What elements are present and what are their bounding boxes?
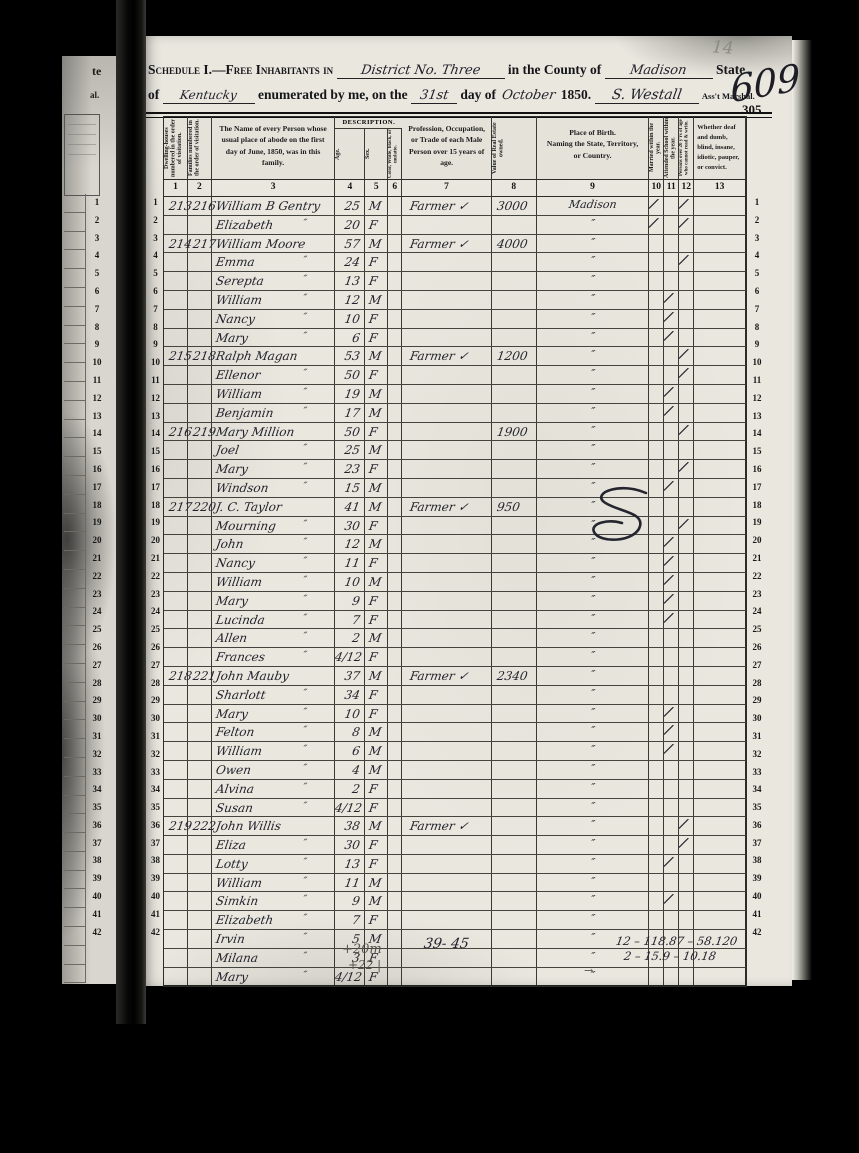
age-value: 38 xyxy=(334,818,361,834)
sex-value: M xyxy=(368,386,383,402)
dwelling-number-cell xyxy=(164,329,188,347)
age-value: 4/12 xyxy=(334,800,361,816)
name-cell: Windson″ xyxy=(212,479,336,497)
table-row: Owen″4M″ xyxy=(164,761,746,780)
row-number-right: 16 xyxy=(748,461,766,479)
color-cell xyxy=(388,592,402,610)
color-cell xyxy=(388,761,402,779)
sex-cell: M xyxy=(365,498,388,516)
cannot-read-tick: / xyxy=(678,517,688,532)
condition-cell xyxy=(694,479,746,497)
birthplace-cell: ″ xyxy=(537,667,650,685)
cannot-read-cell xyxy=(679,235,694,253)
cannot-read-cell xyxy=(679,892,694,910)
person-name: Emma xyxy=(215,254,256,270)
prev-page-header-box xyxy=(64,114,100,196)
prev-row-number: 8 xyxy=(88,319,106,337)
row-number-left: 34 xyxy=(148,781,163,799)
prev-row-cell xyxy=(64,401,86,420)
prev-row-number: 14 xyxy=(88,425,106,443)
cannot-read-cell xyxy=(679,291,694,309)
sex-value: F xyxy=(368,687,379,703)
dwelling-number-cell xyxy=(164,836,188,854)
occupation-value: Farmer ✓ xyxy=(409,236,470,252)
ditto-mark: ″ xyxy=(302,932,307,943)
condition-cell xyxy=(694,554,746,572)
ditto-mark: ″ xyxy=(302,293,307,304)
row-number-right: 28 xyxy=(748,675,766,693)
real-estate-cell xyxy=(492,554,537,572)
name-cell: Elizabeth″ xyxy=(212,216,336,234)
real-estate-cell xyxy=(492,855,537,873)
row-number-left: 31 xyxy=(148,728,163,746)
school-cell xyxy=(664,629,679,647)
cannot-read-cell xyxy=(679,968,694,986)
condition-cell xyxy=(694,460,746,478)
ditto-mark: ″ xyxy=(302,801,307,812)
prev-row-cell xyxy=(64,495,86,514)
occupation-cell xyxy=(402,742,492,760)
real-estate-cell xyxy=(492,648,537,666)
age-cell: 25 xyxy=(335,441,365,459)
school-cell xyxy=(664,667,679,685)
color-cell xyxy=(388,723,402,741)
school-cell xyxy=(664,799,679,817)
color-cell xyxy=(388,949,402,967)
description-label: DESCRIPTION. xyxy=(335,117,402,129)
ditto-mark: ″ xyxy=(302,387,307,398)
name-cell: William″ xyxy=(212,291,336,309)
real-estate-cell xyxy=(492,479,537,497)
age-value: 12 xyxy=(334,536,361,552)
name-cell: William″ xyxy=(212,385,336,403)
condition-cell xyxy=(694,592,746,610)
age-cell: 23 xyxy=(335,460,365,478)
school-cell xyxy=(664,235,679,253)
column-number: 10 xyxy=(649,180,664,196)
occupation-cell xyxy=(402,329,492,347)
age-cell: 19 xyxy=(335,385,365,403)
row-number-left: 11 xyxy=(148,372,163,390)
birthplace-header-line3: or Country. xyxy=(540,150,646,161)
real-estate-cell xyxy=(492,874,537,892)
condition-cell xyxy=(694,761,746,779)
row-number-left: 7 xyxy=(148,301,163,319)
occupation-value: Farmer ✓ xyxy=(409,198,470,214)
color-cell xyxy=(388,441,402,459)
color-cell xyxy=(388,460,402,478)
age-value: 7 xyxy=(334,912,361,928)
married-tick: / xyxy=(648,216,658,231)
age-value: 17 xyxy=(334,405,361,421)
person-name: Eliza xyxy=(215,837,247,853)
prev-row-cell xyxy=(64,946,86,965)
prev-row-number: 5 xyxy=(88,265,106,283)
birthplace-value: ″ xyxy=(536,875,650,888)
birthplace-value: ″ xyxy=(536,856,650,869)
person-name: Mary xyxy=(215,969,250,985)
school-tick: / xyxy=(663,611,673,626)
name-cell: Felton″ xyxy=(212,723,336,741)
real-estate-cell: 1900 xyxy=(492,423,537,441)
occupation-cell xyxy=(402,592,492,610)
school-cell: / xyxy=(664,892,679,910)
row-number-right: 27 xyxy=(748,657,766,675)
ditto-mark: ″ xyxy=(302,368,307,379)
table-row: Mary″4/12F″ xyxy=(164,968,746,987)
family-number-cell xyxy=(188,479,212,497)
school-tick: / xyxy=(663,535,673,550)
sex-cell: F xyxy=(365,705,388,723)
birthplace-cell: ″ xyxy=(537,235,650,253)
prev-row-number: 26 xyxy=(88,639,106,657)
color-cell xyxy=(388,855,402,873)
prev-row-cell xyxy=(64,344,86,363)
name-cell: William″ xyxy=(212,874,336,892)
occupation-cell xyxy=(402,272,492,290)
family-number-cell: 219 xyxy=(188,423,212,441)
row-number-right: 26 xyxy=(748,639,766,657)
prev-row-number: 31 xyxy=(88,728,106,746)
married-cell xyxy=(649,611,664,629)
birthplace-cell: ″ xyxy=(537,216,650,234)
prev-row-cell xyxy=(64,965,86,984)
person-name: Benjamin xyxy=(215,405,275,421)
real-estate-value: 1200 xyxy=(496,348,529,364)
age-value: 34 xyxy=(334,687,361,703)
family-number-cell: 218 xyxy=(188,347,212,365)
condition-cell xyxy=(694,817,746,835)
table-row: William″6M″/ xyxy=(164,742,746,761)
dwelling-number-cell xyxy=(164,949,188,967)
row-number-right: 29 xyxy=(748,692,766,710)
row-number-left: 35 xyxy=(148,799,163,817)
ditto-mark: ″ xyxy=(302,970,307,981)
real-estate-cell xyxy=(492,799,537,817)
sex-value: F xyxy=(368,837,379,853)
color-cell xyxy=(388,780,402,798)
age-cell: 17 xyxy=(335,404,365,422)
married-cell xyxy=(649,366,664,384)
sex-cell: F xyxy=(365,423,388,441)
married-cell xyxy=(649,742,664,760)
occupation-cell xyxy=(402,216,492,234)
age-value: 13 xyxy=(334,273,361,289)
col-header-color: Color, White, black, or mulatto. xyxy=(388,129,402,179)
prev-row-number: 17 xyxy=(88,479,106,497)
ditto-mark: ″ xyxy=(302,744,307,755)
birthplace-cell: ″ xyxy=(537,799,650,817)
age-cell: 34 xyxy=(335,686,365,704)
condition-cell xyxy=(694,667,746,685)
prev-row-cell xyxy=(64,626,86,645)
real-estate-cell: 1200 xyxy=(492,347,537,365)
name-cell: John Willis xyxy=(212,817,336,835)
school-tick: / xyxy=(663,592,673,607)
married-cell xyxy=(649,723,664,741)
column-number: 11 xyxy=(664,180,679,196)
cannot-read-cell xyxy=(679,761,694,779)
table-row: Frances″4/12F″ xyxy=(164,648,746,667)
ditto-mark: ″ xyxy=(302,650,307,661)
ditto-mark: ″ xyxy=(302,613,307,624)
cannot-read-cell xyxy=(679,479,694,497)
sex-cell: F xyxy=(365,329,388,347)
col-header-condition: Whether deaf and dumb, blind, insane, id… xyxy=(694,117,746,179)
real-estate-cell xyxy=(492,573,537,591)
age-cell: 24 xyxy=(335,253,365,271)
family-number-cell xyxy=(188,366,212,384)
birthplace-value: ″ xyxy=(536,236,650,249)
age-value: 6 xyxy=(334,743,361,759)
col-header-family: Families numbered in the order of visita… xyxy=(188,117,212,179)
age-cell: 8 xyxy=(335,723,365,741)
color-cell xyxy=(388,329,402,347)
name-cell: Simkin″ xyxy=(212,892,336,910)
schedule-title: Schedule I.—Free Inhabitants in xyxy=(148,62,333,77)
col-header-school: Attended School within the year. xyxy=(664,117,679,179)
occupation-cell xyxy=(402,385,492,403)
real-estate-cell xyxy=(492,742,537,760)
row-number-right: 17 xyxy=(748,479,766,497)
prev-row-cell xyxy=(64,608,86,627)
color-cell xyxy=(388,366,402,384)
prev-row-cell xyxy=(64,889,86,908)
school-cell xyxy=(664,761,679,779)
name-cell: Mary″ xyxy=(212,329,336,347)
sex-cell: M xyxy=(365,817,388,835)
married-cell xyxy=(649,291,664,309)
birthplace-cell: ″ xyxy=(537,329,650,347)
condition-cell xyxy=(694,874,746,892)
occupation-cell: Farmer ✓ xyxy=(402,235,492,253)
name-cell: Mary″ xyxy=(212,968,336,986)
dwelling-number-cell xyxy=(164,761,188,779)
ditto-mark: ″ xyxy=(302,312,307,323)
age-value: 19 xyxy=(334,386,361,402)
person-name: Milana xyxy=(215,950,260,966)
sex-value: M xyxy=(368,236,383,252)
row-number-left: 18 xyxy=(148,497,163,515)
row-number-left: 27 xyxy=(148,657,163,675)
married-cell xyxy=(649,817,664,835)
table-row: Mary″6F″/ xyxy=(164,329,746,348)
table-row: Nancy″11F″/ xyxy=(164,554,746,573)
real-estate-cell xyxy=(492,517,537,535)
occupation-cell xyxy=(402,705,492,723)
condition-cell xyxy=(694,705,746,723)
condition-cell xyxy=(694,517,746,535)
cannot-read-cell xyxy=(679,611,694,629)
prev-row-number: 3 xyxy=(88,230,106,248)
age-value: 37 xyxy=(334,668,361,684)
birthplace-cell: ″ xyxy=(537,592,650,610)
color-cell xyxy=(388,517,402,535)
condition-cell xyxy=(694,404,746,422)
prev-row-cell xyxy=(64,570,86,589)
school-cell xyxy=(664,423,679,441)
school-cell xyxy=(664,441,679,459)
cannot-read-cell: / xyxy=(679,253,694,271)
age-value: 2 xyxy=(334,781,361,797)
person-name: William xyxy=(215,292,264,308)
age-value: 9 xyxy=(334,593,361,609)
prev-row-cell xyxy=(64,457,86,476)
birthplace-cell: ″ xyxy=(537,423,650,441)
age-value: 24 xyxy=(334,254,361,270)
prev-row-cell xyxy=(64,194,86,213)
married-cell xyxy=(649,272,664,290)
birthplace-cell: ″ xyxy=(537,460,650,478)
condition-cell xyxy=(694,629,746,647)
row-number-right: 18 xyxy=(748,497,766,515)
prev-row-cell xyxy=(64,551,86,570)
dwelling-number-cell: 214 xyxy=(164,235,188,253)
row-number-left: 22 xyxy=(148,568,163,586)
family-number-cell xyxy=(188,460,212,478)
cannot-read-cell xyxy=(679,686,694,704)
col-header-married: Married within the year. xyxy=(649,117,664,179)
condition-cell xyxy=(694,216,746,234)
dwelling-number-cell xyxy=(164,799,188,817)
row-number-left: 28 xyxy=(148,675,163,693)
age-value: 20 xyxy=(334,217,361,233)
condition-cell xyxy=(694,573,746,591)
age-value: 23 xyxy=(334,461,361,477)
color-cell xyxy=(388,836,402,854)
sex-value: M xyxy=(368,818,383,834)
person-name: William xyxy=(215,574,264,590)
row-number-right: 41 xyxy=(748,906,766,924)
school-tick: / xyxy=(663,573,673,588)
color-cell xyxy=(388,347,402,365)
occupation-cell xyxy=(402,366,492,384)
school-cell xyxy=(664,216,679,234)
occupation-cell xyxy=(402,253,492,271)
prev-row-number: 36 xyxy=(88,817,106,835)
cannot-read-cell: / xyxy=(679,460,694,478)
ditto-mark: ″ xyxy=(302,406,307,417)
ditto-mark: ″ xyxy=(302,274,307,285)
occupation-cell xyxy=(402,911,492,929)
prev-row-number: 20 xyxy=(88,532,106,550)
family-number-cell xyxy=(188,780,212,798)
cannot-read-cell: / xyxy=(679,836,694,854)
dwelling-number-cell xyxy=(164,272,188,290)
dwelling-number-cell xyxy=(164,874,188,892)
cannot-read-cell xyxy=(679,310,694,328)
family-number-cell xyxy=(188,705,212,723)
name-cell: Serepta″ xyxy=(212,272,336,290)
dwelling-number-cell xyxy=(164,742,188,760)
real-estate-cell xyxy=(492,723,537,741)
sex-value: F xyxy=(368,254,379,270)
row-number-right: 4 xyxy=(748,247,766,265)
sex-value: M xyxy=(368,762,383,778)
county-value: Madison xyxy=(629,63,688,78)
dwelling-number-cell xyxy=(164,404,188,422)
person-name: J. C. Taylor xyxy=(215,499,283,515)
cannot-read-cell xyxy=(679,592,694,610)
color-cell xyxy=(388,648,402,666)
sex-value: F xyxy=(368,555,379,571)
person-name: Joel xyxy=(215,442,241,458)
sex-cell: M xyxy=(365,197,388,215)
school-cell xyxy=(664,817,679,835)
cannot-read-tick: / xyxy=(678,347,688,362)
sex-cell: F xyxy=(365,216,388,234)
real-estate-value: 3000 xyxy=(496,198,529,214)
row-number-right: 32 xyxy=(748,746,766,764)
real-estate-value: 4000 xyxy=(496,236,529,252)
school-cell: / xyxy=(664,592,679,610)
real-estate-cell xyxy=(492,911,537,929)
prev-row-number: 42 xyxy=(88,924,106,942)
married-cell xyxy=(649,329,664,347)
annotation-sum-line2: 2 – 15.9 – 10.18 xyxy=(623,949,717,963)
row-number-right: 14 xyxy=(748,425,766,443)
family-number-cell xyxy=(188,216,212,234)
person-name: Ralph Magan xyxy=(215,348,299,364)
birthplace-cell: ″ xyxy=(537,291,650,309)
age-cell: 7 xyxy=(335,611,365,629)
table-body: 213216William B Gentry25MFarmer ✓3000Mad… xyxy=(163,197,747,987)
cannot-read-cell: / xyxy=(679,423,694,441)
table-row: Mourning″30F″/ xyxy=(164,517,746,536)
married-cell xyxy=(649,347,664,365)
condition-cell xyxy=(694,272,746,290)
sex-value: M xyxy=(368,442,383,458)
age-value: 10 xyxy=(334,574,361,590)
row-number-left: 23 xyxy=(148,586,163,604)
ditto-mark: ″ xyxy=(302,894,307,905)
birthplace-cell: ″ xyxy=(537,272,650,290)
birthplace-value: Madison xyxy=(536,198,650,211)
age-cell: 2 xyxy=(335,629,365,647)
table-row: Felton″8M″/ xyxy=(164,723,746,742)
married-cell xyxy=(649,911,664,929)
school-tick: / xyxy=(663,404,673,419)
age-cell: 6 xyxy=(335,742,365,760)
birthplace-value: ″ xyxy=(536,893,650,906)
married-cell xyxy=(649,799,664,817)
color-cell xyxy=(388,874,402,892)
condition-cell xyxy=(694,423,746,441)
birthplace-cell: ″ xyxy=(537,611,650,629)
table-row: Elizabeth″20F″// xyxy=(164,216,746,235)
prev-row-cell xyxy=(64,796,86,815)
prev-row-cell xyxy=(64,702,86,721)
dwelling-number-cell xyxy=(164,968,188,986)
row-number-left: 26 xyxy=(148,639,163,657)
sex-cell: F xyxy=(365,272,388,290)
occupation-cell xyxy=(402,460,492,478)
condition-cell xyxy=(694,197,746,215)
prev-row-number: 13 xyxy=(88,408,106,426)
cannot-read-cell xyxy=(679,573,694,591)
birthplace-value: ″ xyxy=(536,405,650,418)
family-number-cell xyxy=(188,535,212,553)
school-cell: / xyxy=(664,385,679,403)
person-name: Felton xyxy=(215,724,256,740)
prev-row-cell xyxy=(64,532,86,551)
school-cell: / xyxy=(664,723,679,741)
name-cell: Irvin″ xyxy=(212,930,336,948)
real-estate-value: 1900 xyxy=(496,424,529,440)
occupation-cell: Farmer ✓ xyxy=(402,197,492,215)
occupation-cell xyxy=(402,855,492,873)
column-number: 12 xyxy=(679,180,694,196)
